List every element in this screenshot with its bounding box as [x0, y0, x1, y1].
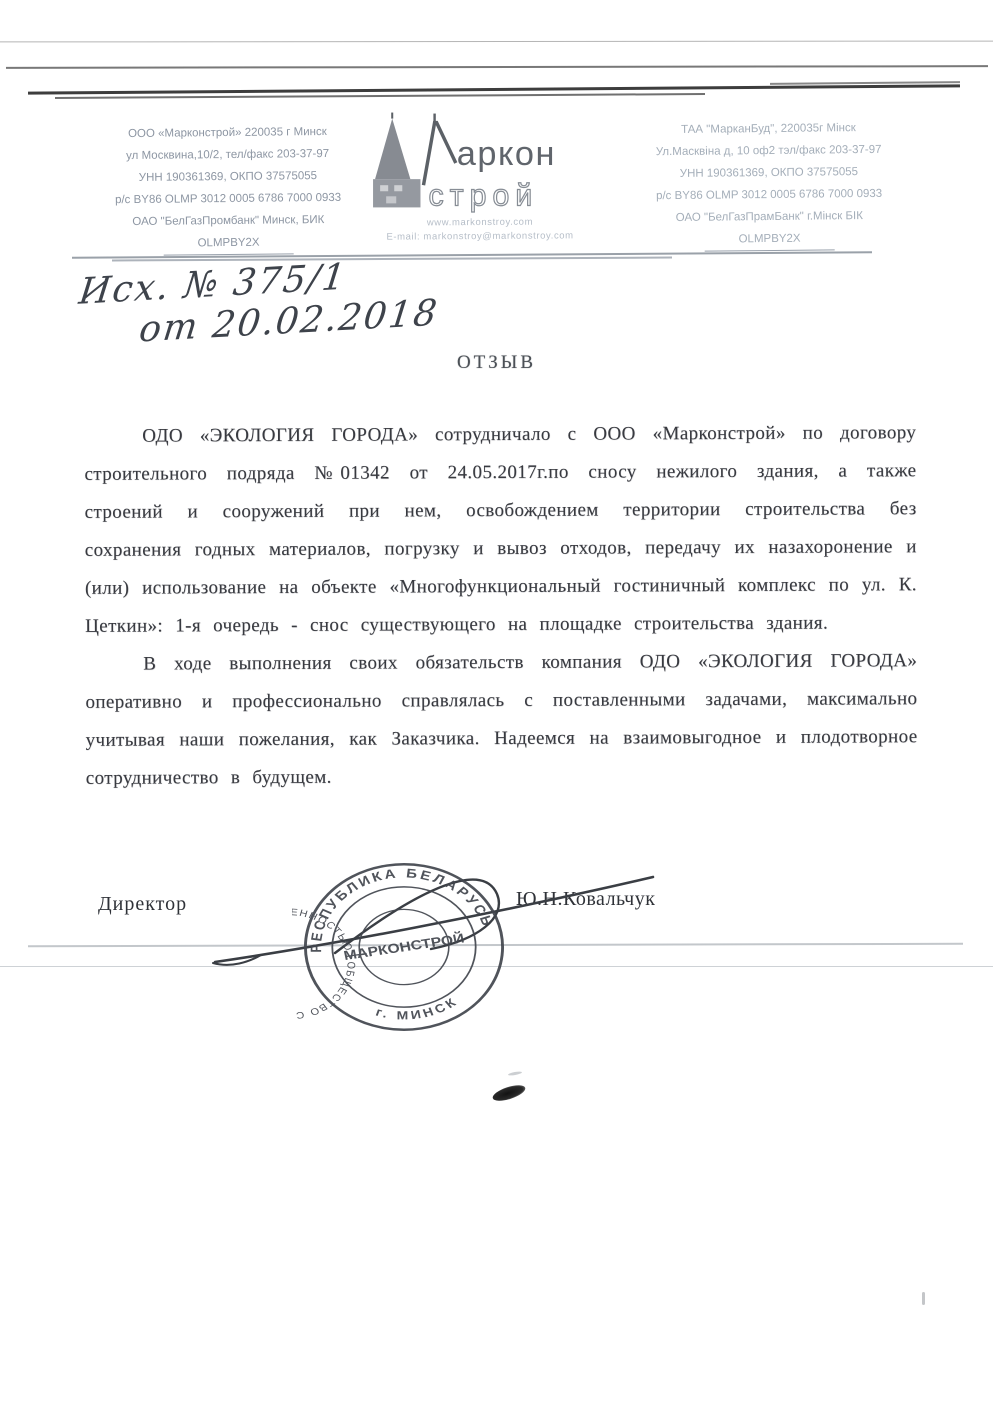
- letter-body: ОДО «ЭКОЛОГИЯ ГОРОДА» сотрудничало с ООО…: [84, 414, 918, 798]
- account-line: р/с BY86 OLMP 3012 0005 6786 7000 0933: [78, 186, 378, 211]
- scan-speck: [922, 1292, 925, 1305]
- document-title: ОТЗЫВ: [0, 352, 993, 374]
- email-text: E-mail: markonstroy@markonstroy.com: [352, 229, 608, 245]
- body-paragraph: В ходе выполнения своих обязательств ком…: [85, 642, 918, 798]
- body-paragraph: ОДО «ЭКОЛОГИЯ ГОРОДА» сотрудничало с ООО…: [84, 414, 917, 646]
- scan-artifact-line: [28, 84, 960, 94]
- stamp-outer-bottom-text: г. МИНСК: [371, 993, 463, 1028]
- ink-blot: [491, 1082, 527, 1104]
- logo-contact-lines: www.markonstroy.com E-mail: markonstroy@…: [352, 215, 608, 245]
- unn-okpo-line: УНН 190361369, ОКПО 37575055: [78, 164, 378, 189]
- logo-word-top: аркон: [457, 135, 556, 173]
- logo-word-bottom: строй: [429, 179, 539, 212]
- logo-tower-icon: [373, 113, 420, 208]
- stamp-outer-top-text: РЕСПУБЛИКА БЕЛАРУСЬ: [292, 853, 498, 955]
- scan-artifact-line: [55, 93, 705, 99]
- address-line: Ул.Масквіна д, 10 оф2 тэл/факс 203-37-97: [608, 138, 930, 163]
- scan-artifact-line: [0, 41, 993, 43]
- bic-line: OLMPBY2X: [608, 226, 930, 252]
- company-name-line: ООО «Марконстрой» 220035 г Минск: [77, 120, 377, 145]
- scan-artifact-line: [6, 65, 988, 69]
- signatory-position: Директор: [98, 893, 187, 916]
- company-logo: аркон строй: [368, 112, 590, 214]
- account-line: р/с BY86 OLMP 3012 0005 6786 7000 0933: [608, 182, 930, 207]
- company-stamp: РЕСПУБЛИКА БЕЛАРУСЬ г. МИНСК ОБЩЕСТВО С …: [292, 853, 516, 1041]
- letterhead-left-block: ООО «Марконстрой» 220035 г Минск ул Моск…: [77, 120, 378, 256]
- letterhead-right-block: ТАА "МарканБуд", 220035г Мінск Ул.Маскві…: [607, 116, 930, 252]
- bic-line: OLMPBY2X: [78, 230, 378, 256]
- address-line: ул Москвина,10/2, тел/факс 203-37-97: [78, 142, 378, 167]
- ink-smudge: [508, 1071, 522, 1076]
- bank-line: ОАО "БелГазПромбанк" Минск, БИК: [78, 208, 378, 233]
- logo-letter-m: [424, 114, 456, 186]
